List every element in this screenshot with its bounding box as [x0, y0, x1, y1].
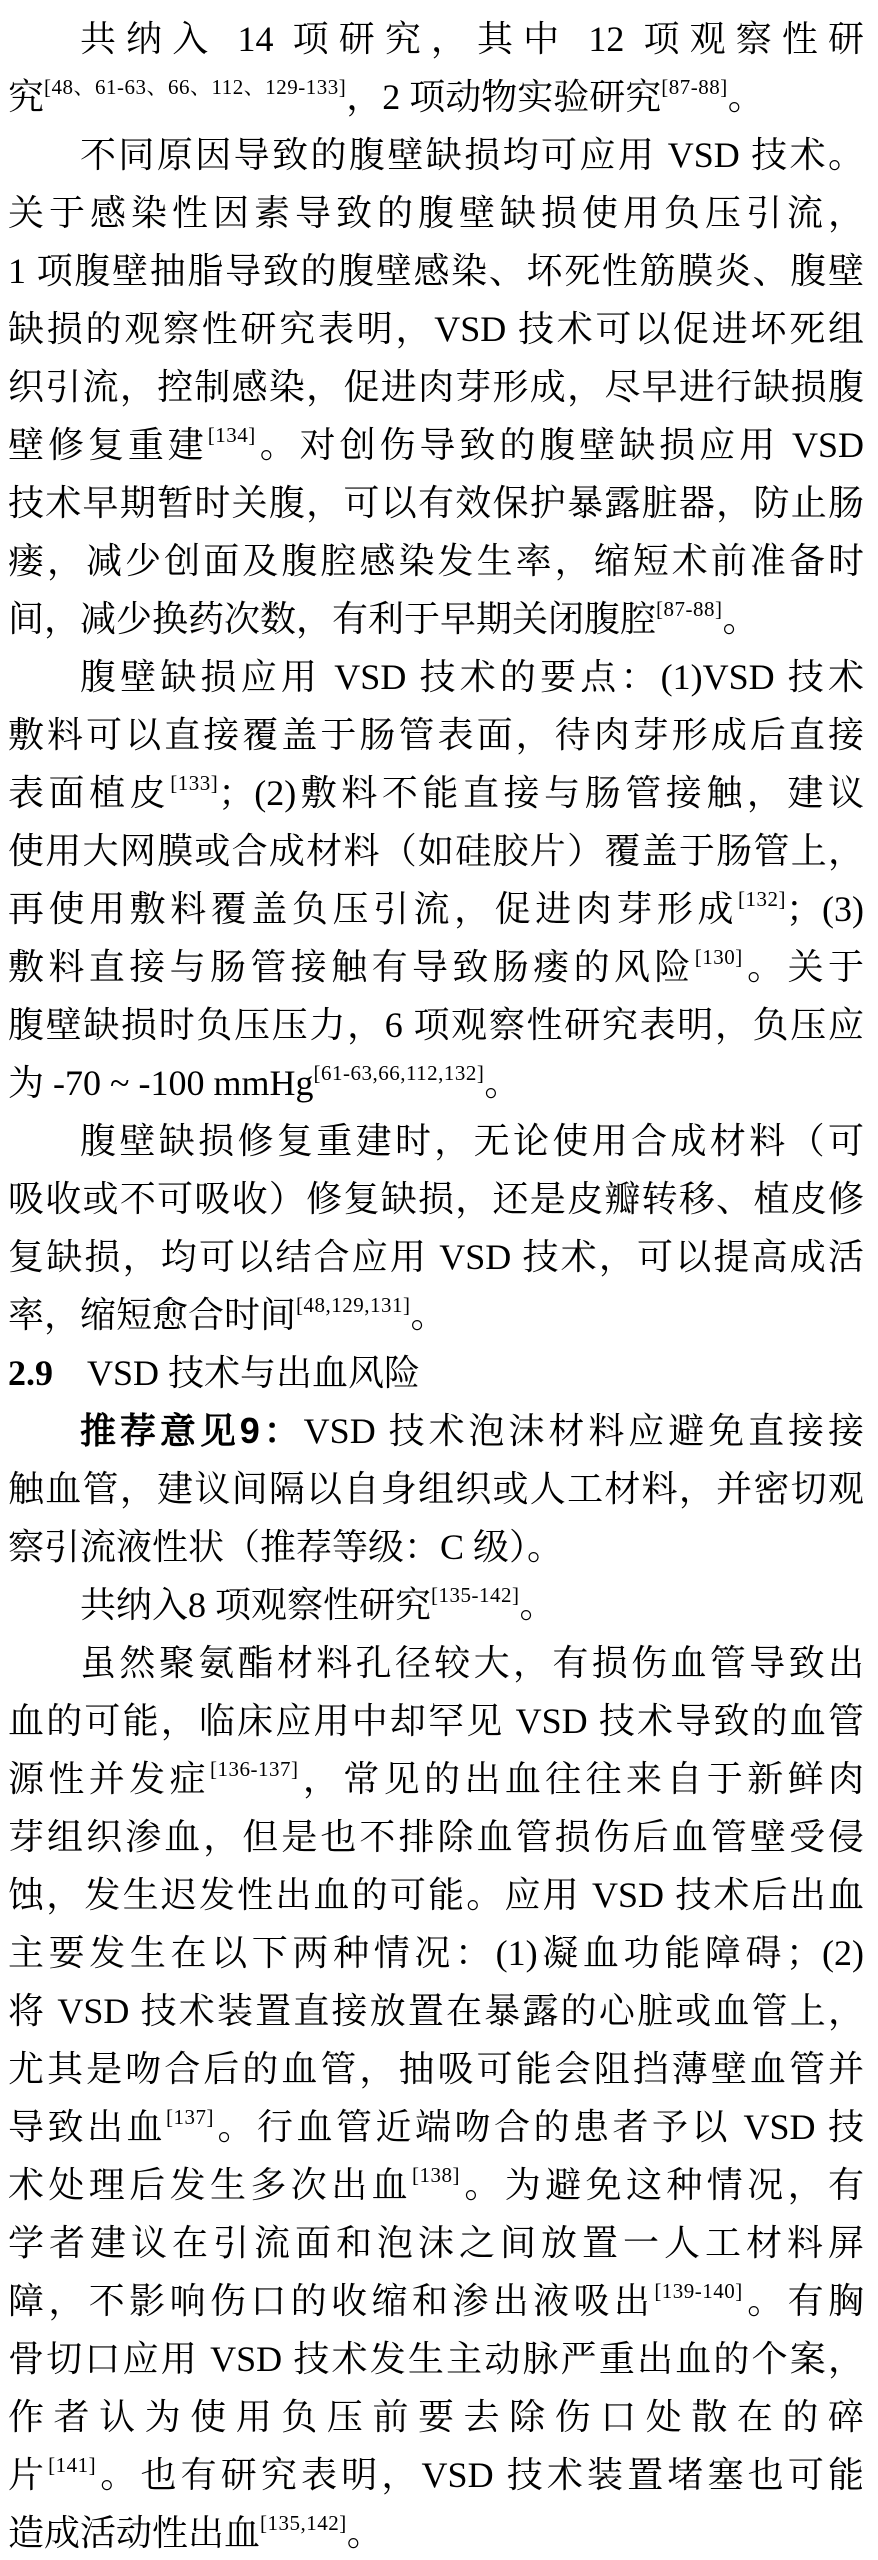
text-line: 瘘，减少创面及腹腔感染发生率，缩短术前准备时: [8, 532, 864, 590]
text-run: 腹壁缺损时负压压力，6 项观察性研究表明，负压应: [8, 1005, 864, 1045]
text-run: 障，不影响伤口的收缩和渗出液吸出: [8, 2281, 654, 2321]
text-line: 作者认为使用负压前要去除伤口处散在的碎: [8, 2388, 864, 2446]
text-run: 复缺损，均可以结合应用 VSD 技术，可以提高成活: [8, 1237, 864, 1277]
text-line: 腹壁缺损应用 VSD 技术的要点：(1)VSD 技术: [8, 648, 864, 706]
page: { "page": { "background": "#ffffff", "te…: [0, 0, 878, 2560]
text-line: 腹壁缺损时负压压力，6 项观察性研究表明，负压应: [8, 996, 864, 1054]
text-line: 触血管，建议间隔以自身组织或人工材料，并密切观: [8, 1460, 864, 1518]
citation-ref: [139-140]: [654, 2279, 742, 2303]
text-run: 导致出血: [8, 2107, 166, 2147]
citation-ref: [48,129,131]: [296, 1293, 411, 1317]
text-run: 术处理后发生多次出血: [8, 2165, 412, 2205]
text-line: 率，缩短愈合时间[48,129,131]。: [8, 1286, 864, 1344]
text-line: 究[48、61-63、66、112、129-133]，2 项动物实验研究[87-…: [8, 68, 864, 126]
text-run: 腹壁缺损应用 VSD 技术的要点：(1)VSD 技术: [80, 657, 864, 697]
text-line: 术处理后发生多次出血[138]。为避免这种情况，有: [8, 2156, 864, 2214]
text-line: 导致出血[137]。行血管近端吻合的患者予以 VSD 技: [8, 2098, 864, 2156]
text-line: 骨切口应用 VSD 技术发生主动脉严重出血的个案，: [8, 2330, 864, 2388]
text-line: 技术早期暂时关腹，可以有效保护暴露脏器，防止肠: [8, 474, 864, 532]
text-run: 壁修复重建: [8, 425, 208, 465]
citation-ref: [87-88]: [661, 75, 727, 99]
text-run: 。: [728, 77, 764, 117]
recommendation-label: 推荐意见9：: [80, 1410, 304, 1451]
text-run: 缺损的观察性研究表明，VSD 技术可以促进坏死组: [8, 309, 864, 349]
text-line: 芽组织渗血，但是也不排除血管损伤后血管壁受侵: [8, 1808, 864, 1866]
citation-ref: [136-137]: [210, 1757, 298, 1781]
text-run: 尤其是吻合后的血管，抽吸可能会阻挡薄壁血管并: [8, 2049, 864, 2089]
text-run: ，2 项动物实验研究: [346, 77, 661, 117]
text-run: 察引流液性状（推荐等级：C 级）。: [8, 1527, 563, 1567]
citation-ref: [134]: [208, 423, 256, 447]
text-line: 敷料可以直接覆盖于肠管表面，待肉芽形成后直接: [8, 706, 864, 764]
text-run: 造成活动性出血: [8, 2513, 260, 2553]
text-line: 表面植皮[133]；(2)敷料不能直接与肠管接触，建议: [8, 764, 864, 822]
text-run: 再使用敷料覆盖负压引流，促进肉芽形成: [8, 889, 738, 929]
text-line: 使用大网膜或合成材料（如硅胶片）覆盖于肠管上，: [8, 822, 864, 880]
text-line: 敷料直接与肠管接触有导致肠瘘的风险[130]。关于: [8, 938, 864, 996]
text-run: 。关于: [743, 947, 864, 987]
citation-ref: [132]: [738, 887, 786, 911]
text-run: ，常见的出血往往来自于新鲜肉: [298, 1759, 864, 1799]
citation-ref: [138]: [412, 2163, 460, 2187]
text-run: 作者认为使用负压前要去除伤口处散在的碎: [8, 2397, 864, 2437]
text-line: 1 项腹壁抽脂导致的腹壁感染、坏死性筋膜炎、腹壁: [8, 242, 864, 300]
text-line: 复缺损，均可以结合应用 VSD 技术，可以提高成活: [8, 1228, 864, 1286]
text-run: 主要发生在以下两种情况：(1)凝血功能障碍；(2): [8, 1933, 864, 1973]
text-run: 使用大网膜或合成材料（如硅胶片）覆盖于肠管上，: [8, 831, 864, 871]
citation-ref: [130]: [695, 945, 743, 969]
text-line: 将 VSD 技术装置直接放置在暴露的心脏或血管上，: [8, 1982, 864, 2040]
text-run: 。也有研究表明，VSD 技术装置堵塞也可能: [96, 2455, 864, 2495]
text-line: 源性并发症[136-137]，常见的出血往往来自于新鲜肉: [8, 1750, 864, 1808]
text-run: 率，缩短愈合时间: [8, 1295, 296, 1335]
text-run: 1 项腹壁抽脂导致的腹壁感染、坏死性筋膜炎、腹壁: [8, 251, 864, 291]
text-run: 。为避免这种情况，有: [460, 2165, 864, 2205]
text-column: 共纳入 14 项研究，其中 12 项观察性研究[48、61-63、66、112、…: [8, 10, 864, 2560]
text-line: 共纳入8 项观察性研究[135-142]。: [8, 1576, 864, 1634]
citation-ref: [135-142]: [431, 1583, 519, 1607]
citation-ref: [133]: [170, 771, 218, 795]
text-run: 将 VSD 技术装置直接放置在暴露的心脏或血管上，: [8, 1991, 864, 2031]
text-line: 壁修复重建[134]。对创伤导致的腹壁缺损应用 VSD: [8, 416, 864, 474]
text-run: 。: [347, 2513, 383, 2553]
text-run: 虽然聚氨酯材料孔径较大，有损伤血管导致出: [80, 1643, 864, 1683]
citation-ref: [141]: [48, 2453, 96, 2477]
text-run: 吸收或不可吸收）修复缺损，还是皮瓣转移、植皮修: [8, 1179, 864, 1219]
text-line: 障，不影响伤口的收缩和渗出液吸出[139-140]。有胸: [8, 2272, 864, 2330]
text-line: 关于感染性因素导致的腹壁缺损使用负压引流，: [8, 184, 864, 242]
section-heading: 2.9VSD 技术与出血风险: [8, 1344, 864, 1402]
text-run: 关于感染性因素导致的腹壁缺损使用负压引流，: [8, 193, 864, 233]
text-line: 学者建议在引流面和泡沫之间放置一人工材料屏: [8, 2214, 864, 2272]
text-line: 织引流，控制感染，促进肉芽形成，尽早进行缺损腹: [8, 358, 864, 416]
text-line: 共纳入 14 项研究，其中 12 项观察性研: [8, 10, 864, 68]
text-run: ；(3): [786, 889, 864, 929]
citation-ref: [61-63,66,112,132]: [313, 1061, 484, 1085]
text-line: 尤其是吻合后的血管，抽吸可能会阻挡薄壁血管并: [8, 2040, 864, 2098]
text-line: 吸收或不可吸收）修复缺损，还是皮瓣转移、植皮修: [8, 1170, 864, 1228]
text-line: 缺损的观察性研究表明，VSD 技术可以促进坏死组: [8, 300, 864, 358]
text-line: 主要发生在以下两种情况：(1)凝血功能障碍；(2): [8, 1924, 864, 1982]
text-run: 片: [8, 2455, 48, 2495]
text-run: 。有胸: [743, 2281, 864, 2321]
article-page: 共纳入 14 项研究，其中 12 项观察性研究[48、61-63、66、112、…: [0, 0, 878, 2560]
text-run: 瘘，减少创面及腹腔感染发生率，缩短术前准备时: [8, 541, 864, 581]
text-run: 表面植皮: [8, 773, 170, 813]
citation-ref: [87-88]: [656, 597, 722, 621]
text-run: VSD 技术与出血风险: [87, 1353, 420, 1393]
text-line: 血的可能，临床应用中却罕见 VSD 技术导致的血管: [8, 1692, 864, 1750]
text-run: 不同原因导致的腹壁缺损均可应用 VSD 技术。: [80, 135, 864, 175]
text-run: 芽组织渗血，但是也不排除血管损伤后血管壁受侵: [8, 1817, 864, 1857]
text-run: VSD 技术泡沫材料应避免直接接: [304, 1411, 864, 1451]
text-run: 技术早期暂时关腹，可以有效保护暴露脏器，防止肠: [8, 483, 864, 523]
citation-ref: [137]: [166, 2105, 214, 2129]
text-run: 究: [8, 77, 44, 117]
text-run: 。: [411, 1295, 447, 1335]
heading-number: 2.9: [8, 1353, 53, 1393]
text-run: 。对创伤导致的腹壁缺损应用 VSD: [256, 425, 864, 465]
text-run: ；(2)敷料不能直接与肠管接触，建议: [218, 773, 864, 813]
citation-ref: [48、61-63、66、112、129-133]: [44, 75, 346, 99]
text-line: 察引流液性状（推荐等级：C 级）。: [8, 1518, 864, 1576]
text-run: 骨切口应用 VSD 技术发生主动脉严重出血的个案，: [8, 2339, 864, 2379]
text-line: 为 -70 ~ -100 mmHg[61-63,66,112,132]。: [8, 1054, 864, 1112]
text-line: 蚀，发生迟发性出血的可能。应用 VSD 技术后出血: [8, 1866, 864, 1924]
text-run: 为 -70 ~ -100 mmHg: [8, 1063, 313, 1103]
text-run: 。: [484, 1063, 520, 1103]
text-run: 共纳入 14 项研究，其中 12 项观察性研: [80, 19, 864, 59]
text-run: 敷料可以直接覆盖于肠管表面，待肉芽形成后直接: [8, 715, 864, 755]
text-run: 。行血管近端吻合的患者予以 VSD 技: [214, 2107, 864, 2147]
text-line: 间，减少换药次数，有利于早期关闭腹腔[87-88]。: [8, 590, 864, 648]
text-line: 虽然聚氨酯材料孔径较大，有损伤血管导致出: [8, 1634, 864, 1692]
text-line: 不同原因导致的腹壁缺损均可应用 VSD 技术。: [8, 126, 864, 184]
text-line: 再使用敷料覆盖负压引流，促进肉芽形成[132]；(3): [8, 880, 864, 938]
text-line: 片[141]。也有研究表明，VSD 技术装置堵塞也可能: [8, 2446, 864, 2504]
text-run: 间，减少换药次数，有利于早期关闭腹腔: [8, 599, 656, 639]
text-run: 血的可能，临床应用中却罕见 VSD 技术导致的血管: [8, 1701, 864, 1741]
text-run: 。: [520, 1585, 556, 1625]
text-line: 腹壁缺损修复重建时，无论使用合成材料（可: [8, 1112, 864, 1170]
text-run: 学者建议在引流面和泡沫之间放置一人工材料屏: [8, 2223, 864, 2263]
text-line: 推荐意见9：VSD 技术泡沫材料应避免直接接: [8, 1402, 864, 1460]
citation-ref: [135,142]: [260, 2511, 347, 2535]
text-run: 共纳入8 项观察性研究: [80, 1585, 431, 1625]
text-line: 造成活动性出血[135,142]。: [8, 2504, 864, 2560]
text-run: 织引流，控制感染，促进肉芽形成，尽早进行缺损腹: [8, 367, 864, 407]
text-run: 蚀，发生迟发性出血的可能。应用 VSD 技术后出血: [8, 1875, 864, 1915]
text-run: 敷料直接与肠管接触有导致肠瘘的风险: [8, 947, 695, 987]
text-run: 腹壁缺损修复重建时，无论使用合成材料（可: [80, 1121, 864, 1161]
text-run: 。: [723, 599, 759, 639]
text-run: 源性并发症: [8, 1759, 210, 1799]
text-run: 触血管，建议间隔以自身组织或人工材料，并密切观: [8, 1469, 864, 1509]
